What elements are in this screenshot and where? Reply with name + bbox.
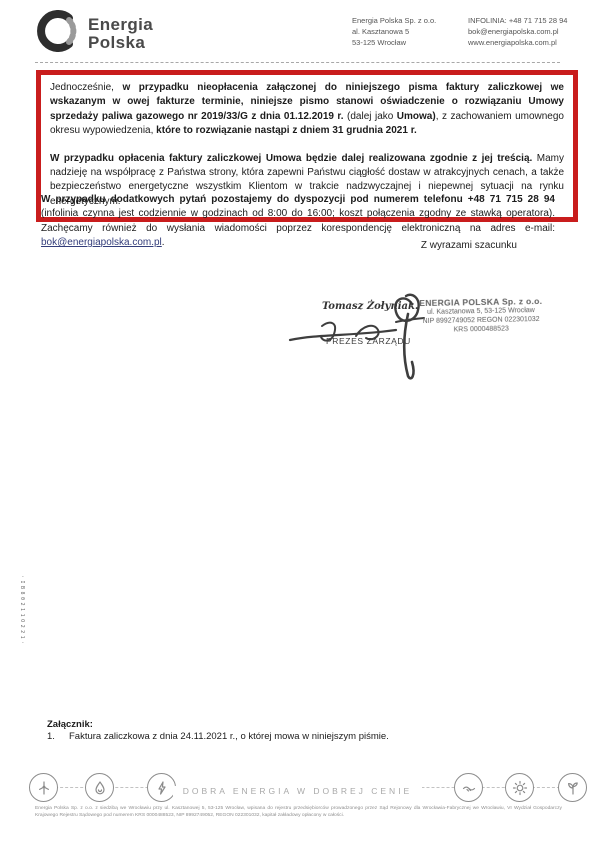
header-contact-info: INFOLINIA: +48 71 715 28 94 bok@energiap… xyxy=(468,15,567,48)
closing-salutation: Z wyrazami szacunku xyxy=(421,240,517,251)
header-divider xyxy=(35,62,560,63)
scanned-letter-page: Energia Polska Energia Polska Sp. z o.o.… xyxy=(0,0,595,842)
header-company-address: Energia Polska Sp. z o.o. al. Kasztanowa… xyxy=(352,15,436,48)
attachment-label: Załącznik: xyxy=(47,719,389,731)
attachment-section: Załącznik: 1. Faktura zaliczkowa z dnia … xyxy=(47,719,389,743)
header-website: www.energiapolska.com.pl xyxy=(468,37,567,48)
logo-circle-icon xyxy=(36,10,78,57)
header-email: bok@energiapolska.com.pl xyxy=(468,26,567,37)
infoline-number: INFOLINIA: +48 71 715 28 94 xyxy=(468,15,567,26)
fine-print: Energia Polska Sp. z o.o. z siedzibą we … xyxy=(35,806,562,819)
email-link[interactable]: bok@energiapolska.com.pl xyxy=(41,237,162,248)
company-stamp: ENERGIA POLSKA Sp. z o.o. ul. Kasztanowa… xyxy=(392,295,571,335)
termination-paragraph: Jednocześnie, w przypadku nieopłacenia z… xyxy=(50,81,564,139)
company-logo: Energia Polska xyxy=(36,10,153,57)
signer-title: PREZES ZARZĄDU xyxy=(326,336,411,346)
footer-tagline: DOBRA ENERGIA W DOBREJ CENIE xyxy=(0,781,595,799)
attachment-item: 1. Faktura zaliczkowa z dnia 24.11.2021 … xyxy=(47,731,389,743)
logo-wordmark: Energia Polska xyxy=(88,16,153,52)
side-document-code: ·IB80211O221· xyxy=(19,575,25,647)
